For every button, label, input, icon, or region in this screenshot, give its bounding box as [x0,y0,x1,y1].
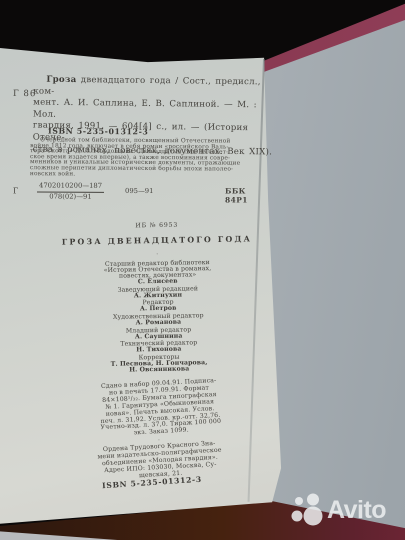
catalog-number-row: Г 4702010200—187 078(02)—91 095—91 ББК 8… [13,181,263,204]
book-title: ГРОЗА ДВЕНАДЦАТОГО ГОДА [37,234,277,247]
avito-watermark: Avito [290,490,394,530]
catalog-line: мент. А. И. Саплина, Е. В. Саплиной. — М… [33,98,273,124]
annotation-paragraph: Очередной том библиотеки, посвященный От… [30,138,274,179]
book-photo: Г 86 Гроза двенадцатого года / Сост., пр… [0,0,405,540]
catalog-title-bold: Гроза [46,75,76,85]
isbn-top: ISBN 5-235-01312-3 [48,127,149,137]
fraction-numerator: 4702010200—187 [37,181,104,192]
catalog-letter: Г [13,186,18,195]
catalog-number-fraction: 4702010200—187 078(02)—91 [37,181,104,201]
credits-list: Старший редактор библиотеки «История Оте… [37,259,279,375]
imprint-block: ИБ № 6953 ГРОЗА ДВЕНАДЦАТОГО ГОДА · Стар… [37,220,280,376]
credit-group: Корректоры Т. Песнова, Н. Гончарова, Н. … [39,353,279,375]
catalog-line: Гроза двенадцатого года / Сост., предисл… [33,75,273,101]
catalog-number-suffix: 095—91 [125,187,153,195]
avito-logo-icon [290,492,324,528]
avito-watermark-label: Avito [327,496,386,525]
credit-group: Старший редактор библиотеки «История Оте… [37,259,277,288]
bbk-code: ББК 84Р1 [225,186,263,204]
fraction-denominator: 078(02)—91 [37,192,104,201]
printing-info: Сдано в набор 09.04.91. Подписа- но в пе… [74,377,247,441]
